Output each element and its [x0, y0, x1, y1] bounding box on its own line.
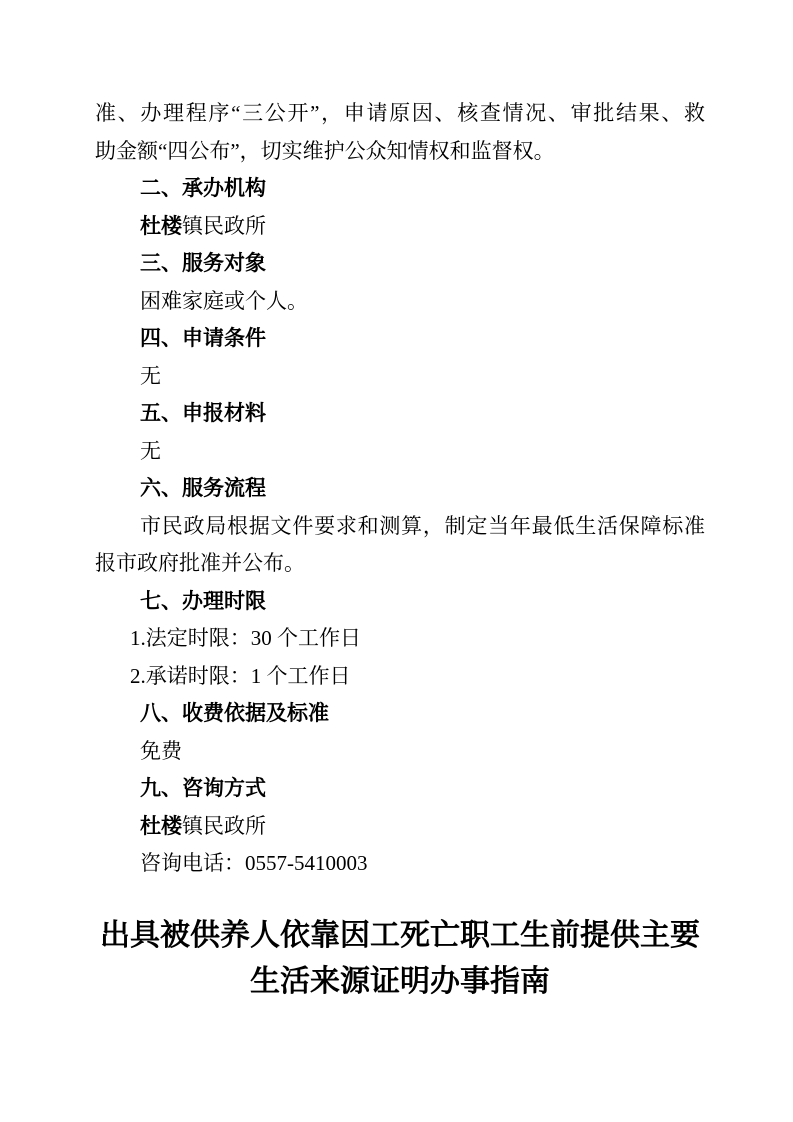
- carry-paragraph-line-1: 准、办理程序“三公开”，申请原因、核查情况、审批结果、救: [95, 95, 705, 133]
- next-guide-title-line-1: 出具被供养人依靠因工死亡职工生前提供主要: [95, 913, 705, 959]
- agency-name-bold: 杜楼: [140, 215, 182, 238]
- next-guide-title: 出具被供养人依靠因工死亡职工生前提供主要 生活来源证明办事指南: [95, 913, 705, 1005]
- agency-name-bold-2: 杜楼: [140, 815, 182, 838]
- agency-name-rest: 镇民政所: [182, 214, 266, 238]
- section-text-6-line-2: 报市政府批准并公布。: [95, 545, 705, 583]
- section-text-6-line-1: 市民政局根据文件要求和测算，制定当年最低生活保障标准: [95, 508, 705, 546]
- agency-line: 杜楼镇民政所: [95, 208, 705, 246]
- section-heading-5: 五、申报材料: [95, 395, 705, 433]
- section-heading-4: 四、申请条件: [95, 320, 705, 358]
- section-heading-3: 三、服务对象: [95, 245, 705, 283]
- document-body: 准、办理程序“三公开”，申请原因、核查情况、审批结果、救 助金额“四公布”，切实…: [95, 95, 705, 1005]
- section-heading-9: 九、咨询方式: [95, 770, 705, 808]
- section-text-5: 无: [95, 433, 705, 471]
- section-heading-2: 二、承办机构: [95, 170, 705, 208]
- time-limit-item-2: 2.承诺时限：1 个工作日: [95, 658, 705, 696]
- section-heading-7: 七、办理时限: [95, 583, 705, 621]
- section-text-4: 无: [95, 358, 705, 396]
- section-heading-6: 六、服务流程: [95, 470, 705, 508]
- time-limit-item-1: 1.法定时限：30 个工作日: [95, 620, 705, 658]
- agency-name-rest-2: 镇民政所: [182, 814, 266, 838]
- section-text-3: 困难家庭或个人。: [95, 283, 705, 321]
- document-page: 准、办理程序“三公开”，申请原因、核查情况、审批结果、救 助金额“四公布”，切实…: [0, 0, 793, 1122]
- next-guide-title-line-2: 生活来源证明办事指南: [95, 959, 705, 1005]
- section-heading-8: 八、收费依据及标准: [95, 695, 705, 733]
- carry-paragraph-line-2: 助金额“四公布”，切实维护公众知情权和监督权。: [95, 133, 705, 171]
- phone-line: 咨询电话：0557-5410003: [95, 845, 705, 883]
- section-text-8: 免费: [95, 733, 705, 771]
- agency-line-2: 杜楼镇民政所: [95, 808, 705, 846]
